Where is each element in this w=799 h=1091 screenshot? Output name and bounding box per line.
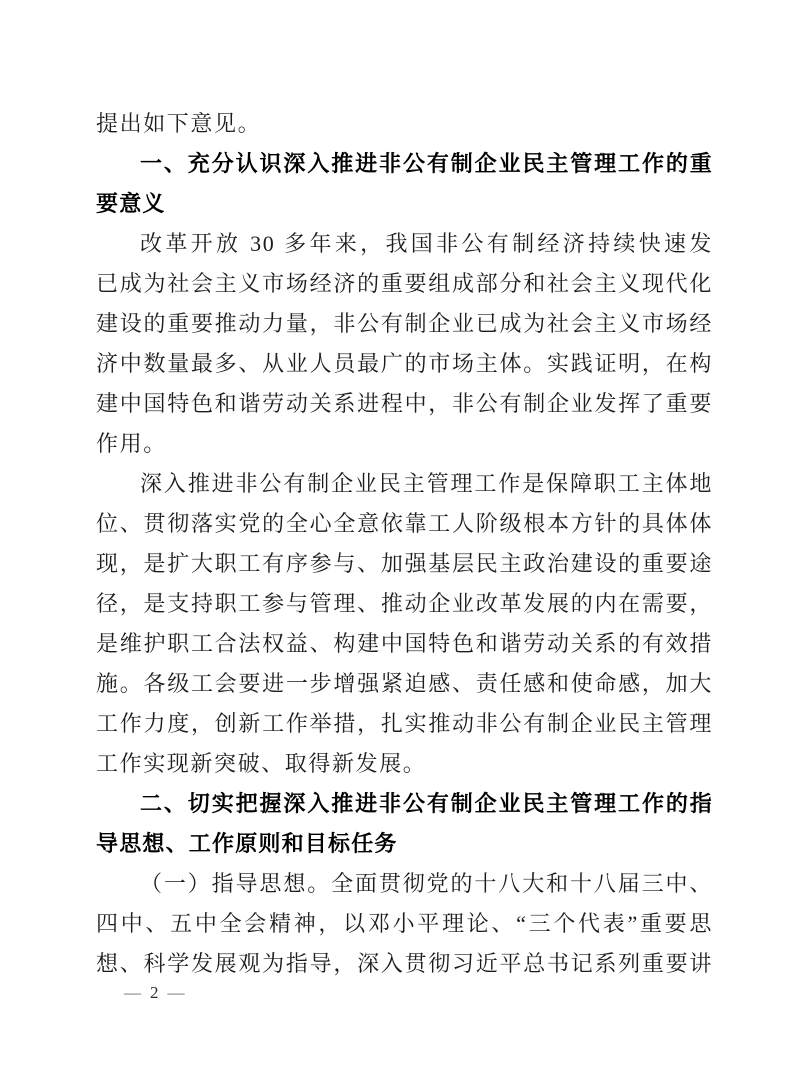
body-line: 工作实现新突破、取得新发展。 bbox=[96, 744, 713, 784]
continuation-line: 提出如下意见。 bbox=[96, 104, 713, 144]
body-line: 是维护职工合法权益、构建中国特色和谐劳动关系的有效措 bbox=[96, 624, 713, 664]
body-line: 工作力度，创新工作举措，扎实推动非公有制企业民主管理 bbox=[96, 704, 713, 744]
body-line: 已成为社会主义市场经济的重要组成部分和社会主义现代化 bbox=[96, 264, 713, 304]
footer-dash: — bbox=[124, 983, 141, 1002]
body-line: 现，是扩大职工有序参与、加强基层民主政治建设的重要途 bbox=[96, 544, 713, 584]
body-line: 建中国特色和谐劳动关系进程中，非公有制企业发挥了重要 bbox=[96, 384, 713, 424]
section2-heading-line: 导思想、工作原则和目标任务 bbox=[96, 824, 713, 864]
body-line: 建设的重要推动力量，非公有制企业已成为社会主义市场经 bbox=[96, 304, 713, 344]
body-line: 改革开放 30 多年来，我国非公有制经济持续快速发展， bbox=[96, 224, 713, 264]
body-line: 施。各级工会要进一步增强紧迫感、责任感和使命感，加大 bbox=[96, 664, 713, 704]
section2-heading-line: 二、切实把握深入推进非公有制企业民主管理工作的指 bbox=[96, 784, 713, 824]
body-line: （一）指导思想。全面贯彻党的十八大和十八届三中、 bbox=[96, 864, 713, 904]
footer-dash: — bbox=[168, 983, 185, 1002]
body-line: 四中、五中全会精神，以邓小平理论、“三个代表”重要思 bbox=[96, 904, 713, 944]
body-line: 深入推进非公有制企业民主管理工作是保障职工主体地 bbox=[96, 464, 713, 504]
body-line: 径，是支持职工参与管理、推动企业改革发展的内在需要， bbox=[96, 584, 713, 624]
document-page: 提出如下意见。 一、充分认识深入推进非公有制企业民主管理工作的重 要意义 改革开… bbox=[0, 0, 799, 1091]
footer-page-number: 2 bbox=[150, 983, 159, 1002]
page-footer: —2— bbox=[124, 981, 185, 1005]
document-body: 提出如下意见。 一、充分认识深入推进非公有制企业民主管理工作的重 要意义 改革开… bbox=[96, 104, 713, 984]
body-line: 想、科学发展观为指导，深入贯彻习近平总书记系列重要讲 bbox=[96, 944, 713, 984]
section1-heading-line: 一、充分认识深入推进非公有制企业民主管理工作的重 bbox=[96, 144, 713, 184]
body-line: 济中数量最多、从业人员最广的市场主体。实践证明，在构 bbox=[96, 344, 713, 384]
section1-heading-line: 要意义 bbox=[96, 184, 713, 224]
body-line: 位、贯彻落实党的全心全意依靠工人阶级根本方针的具体体 bbox=[96, 504, 713, 544]
body-line: 作用。 bbox=[96, 424, 713, 464]
